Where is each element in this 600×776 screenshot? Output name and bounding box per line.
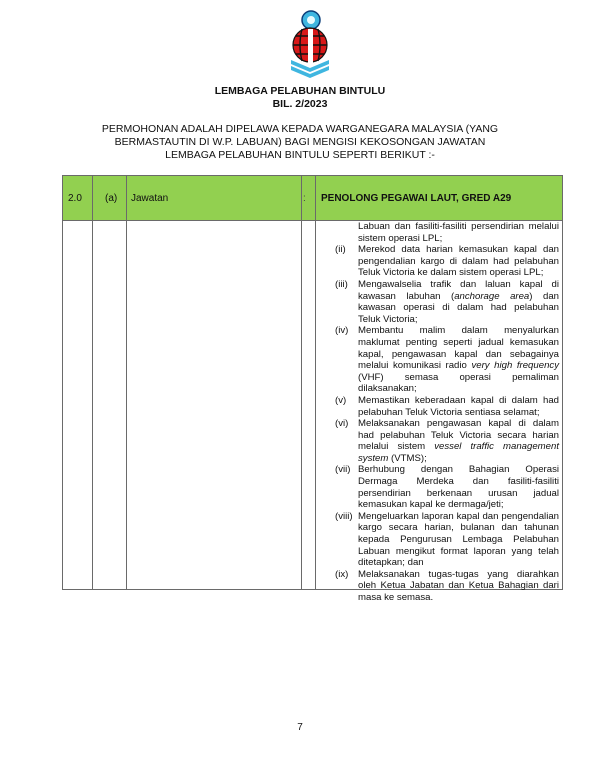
duty-item: (vii)Berhubung dengan Bahagian Operasi D…: [335, 464, 559, 510]
duty-numeral: (v): [335, 395, 358, 418]
duty-item: (vi)Melaksanakan pengawasan kapal di dal…: [335, 418, 559, 464]
organization-name: LEMBAGA PELABUHAN BINTULU: [0, 85, 600, 97]
field-label: Jawatan: [131, 176, 168, 220]
duty-numeral: (viii): [335, 511, 358, 569]
colon-separator: :: [303, 176, 306, 220]
duty-numeral: (ii): [335, 244, 358, 279]
duty-item: (iv)Membantu malim dalam menyalurkan mak…: [335, 325, 559, 395]
duty-item: (v)Memastikan keberadaan kapal di dalam …: [335, 395, 559, 418]
duty-text: Merekod data harian kemasukan kapal dan …: [358, 244, 559, 279]
reference-number: BIL. 2/2023: [0, 98, 600, 110]
organization-logo-icon: [280, 8, 340, 80]
duty-text: Memastikan keberadaan kapal di dalam had…: [358, 395, 559, 418]
section-number: 2.0: [68, 176, 82, 220]
duty-item: (ii)Merekod data harian kemasukan kapal …: [335, 244, 559, 279]
page-number: 7: [0, 722, 600, 733]
duty-text: Melaksanakan tugas-tugas yang diarahkan …: [358, 569, 559, 604]
vacancy-table: 2.0 (a) Jawatan : PENOLONG PEGAWAI LAUT,…: [62, 175, 563, 590]
duty-item: (iii)Mengawalselia trafik dan laluan kap…: [335, 279, 559, 325]
duty-text: Membantu malim dalam menyalurkan makluma…: [358, 325, 559, 395]
duty-text: Mengeluarkan laporan kapal dan pengendal…: [358, 511, 559, 569]
duty-numeral: (iii): [335, 279, 358, 325]
intro-text: PERMOHONAN ADALAH DIPELAWA KEPADA WARGAN…: [100, 123, 500, 162]
duty-numeral: (iv): [335, 325, 358, 395]
duty-numeral: (vi): [335, 418, 358, 464]
duty-numeral: (ix): [335, 569, 358, 604]
duty-text: Melaksanakan pengawasan kapal di dalam h…: [358, 418, 559, 464]
duty-numeral: (vii): [335, 464, 358, 510]
duty-item: (ix)Melaksanakan tugas-tugas yang diarah…: [335, 569, 559, 604]
duty-text: Berhubung dengan Bahagian Operasi Dermag…: [358, 464, 559, 510]
duties-list: Labuan dan fasiliti-fasiliti persendiria…: [335, 221, 559, 604]
duty-continuation: Labuan dan fasiliti-fasiliti persendiria…: [335, 221, 559, 244]
duty-text: Mengawalselia trafik dan laluan kapal di…: [358, 279, 559, 325]
sub-item: (a): [105, 176, 117, 220]
position-title: PENOLONG PEGAWAI LAUT, GRED A29: [321, 176, 511, 220]
duty-item: (viii)Mengeluarkan laporan kapal dan pen…: [335, 511, 559, 569]
